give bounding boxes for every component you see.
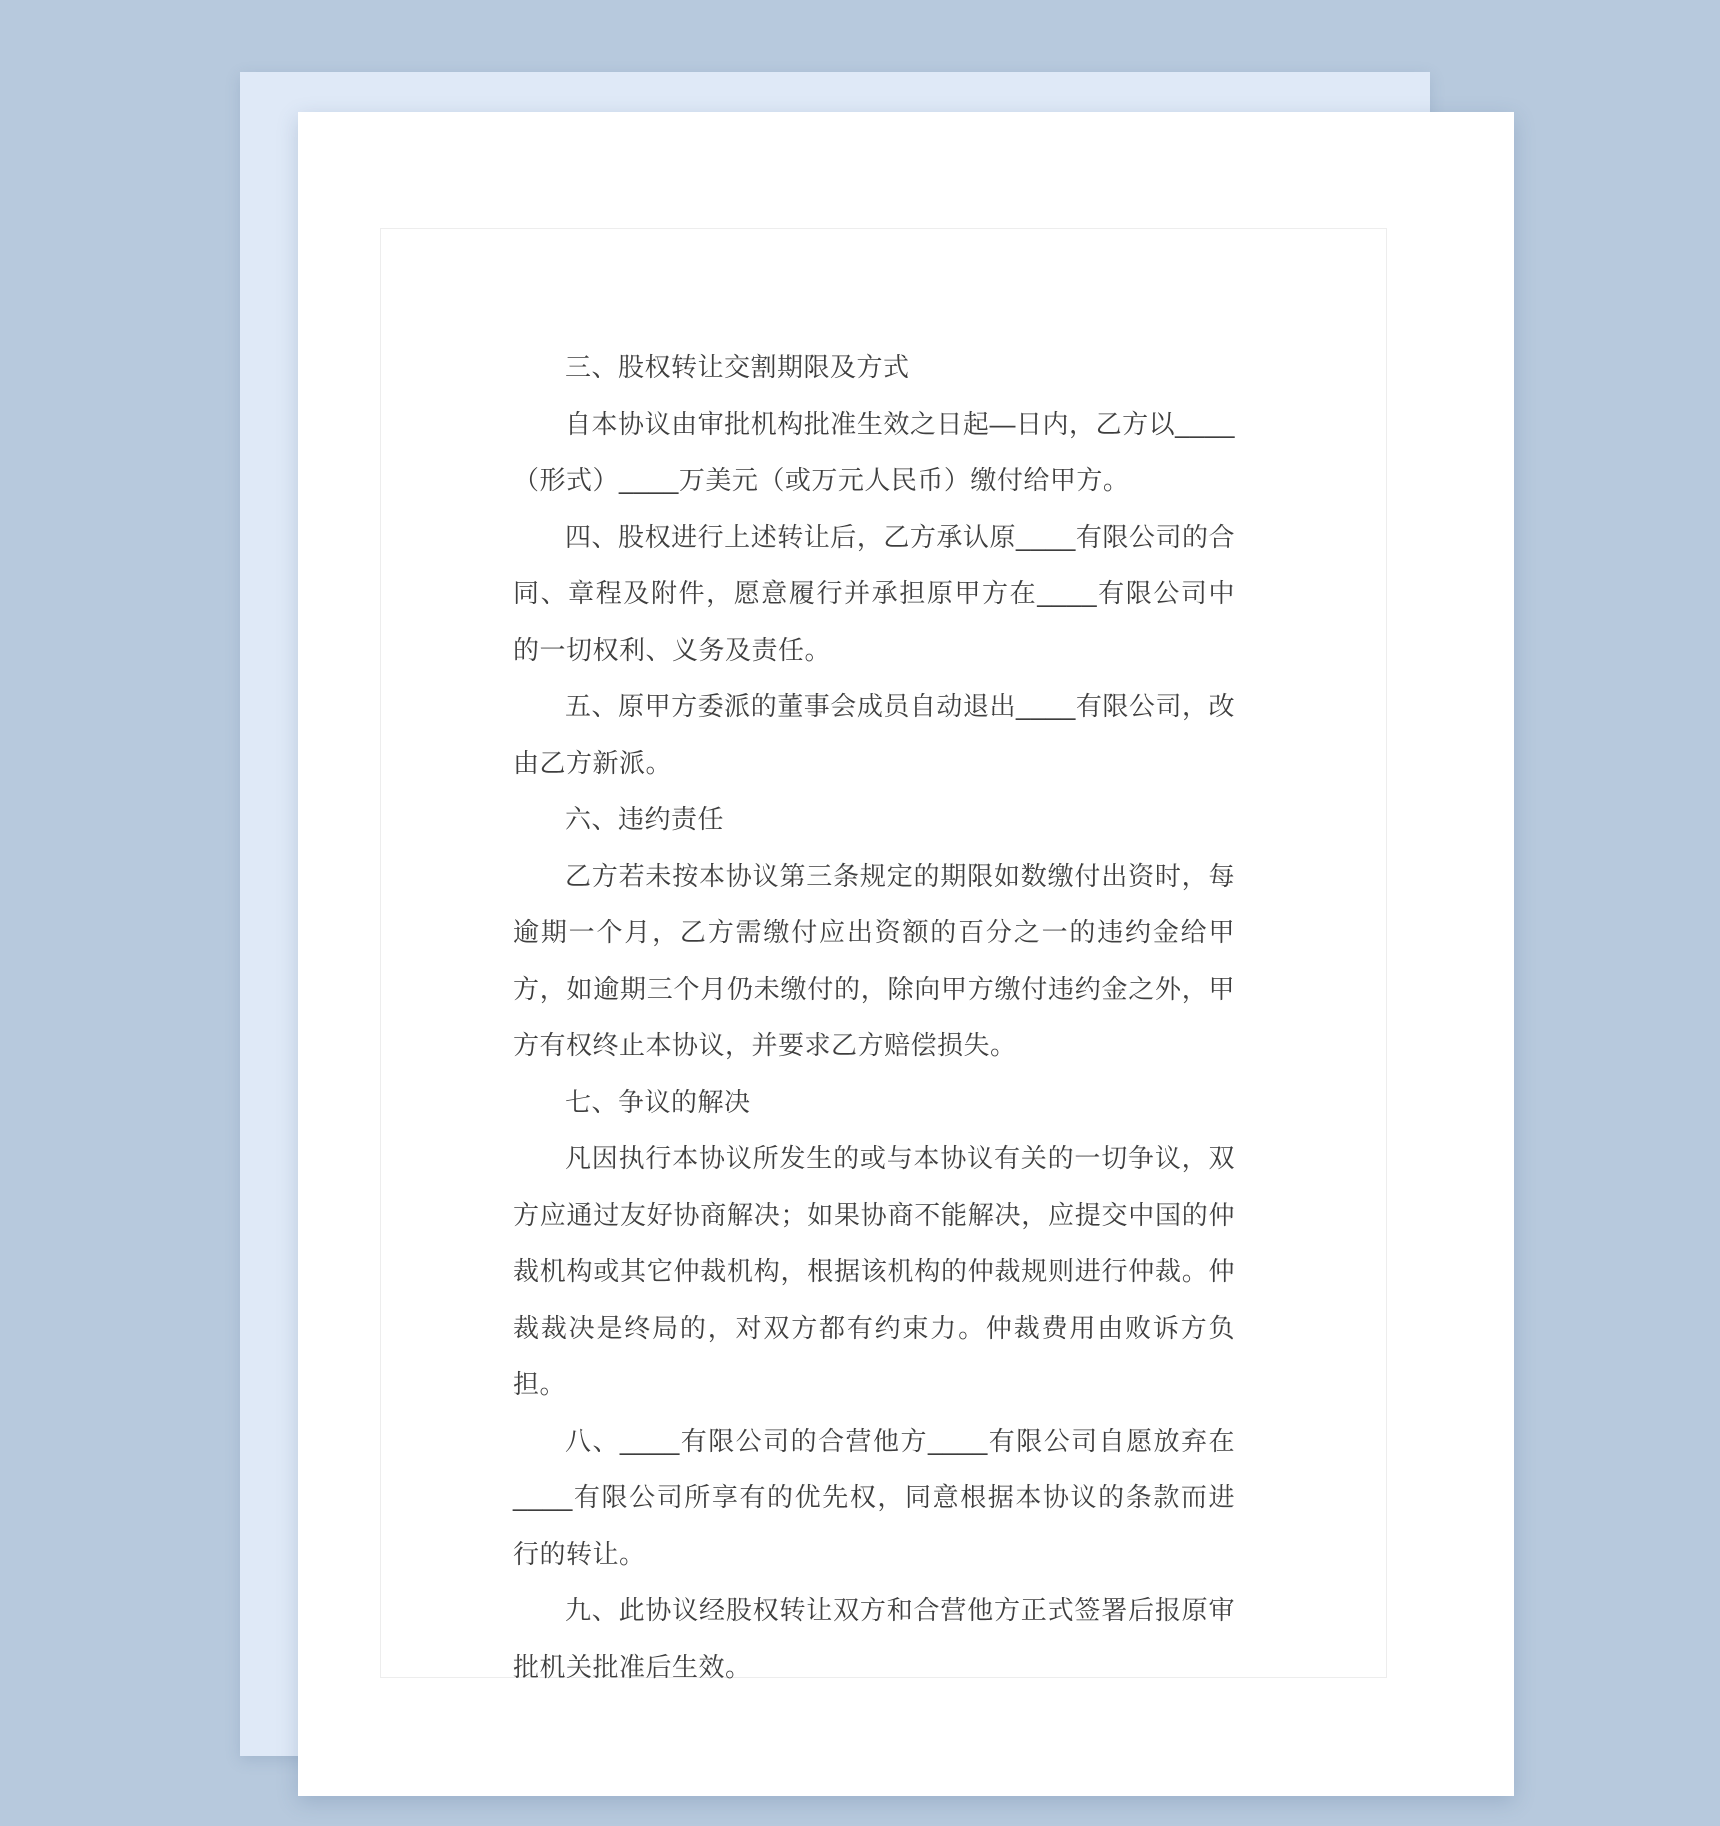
- paragraph: 自本协议由审批机构批准生效之日起—日内，乙方以____（形式）____万美元（或…: [513, 396, 1235, 509]
- paragraph: 四、股权进行上述转让后，乙方承认原____有限公司的合同、章程及附件，愿意履行并…: [513, 509, 1235, 679]
- section-heading: 三、股权转让交割期限及方式: [513, 339, 1235, 396]
- paragraph: 乙方若未按本协议第三条规定的期限如数缴付出资时，每逾期一个月，乙方需缴付应出资额…: [513, 848, 1235, 1074]
- paragraph: 八、____有限公司的合营他方____有限公司自愿放弃在____有限公司所享有的…: [513, 1413, 1235, 1583]
- document-body: 三、股权转让交割期限及方式 自本协议由审批机构批准生效之日起—日内，乙方以___…: [513, 339, 1235, 1695]
- section-heading: 七、争议的解决: [513, 1074, 1235, 1131]
- paragraph: 五、原甲方委派的董事会成员自动退出____有限公司，改由乙方新派。: [513, 678, 1235, 791]
- paragraph: 九、此协议经股权转让双方和合营他方正式签署后报原审批机关批准后生效。: [513, 1582, 1235, 1695]
- section-heading: 六、违约责任: [513, 791, 1235, 848]
- paragraph: 凡因执行本协议所发生的或与本协议有关的一切争议，双方应通过友好协商解决；如果协商…: [513, 1130, 1235, 1413]
- document-page: 三、股权转让交割期限及方式 自本协议由审批机构批准生效之日起—日内，乙方以___…: [298, 112, 1514, 1796]
- app-background: { "page": { "background_color": "#b7c9dd…: [0, 0, 1720, 1826]
